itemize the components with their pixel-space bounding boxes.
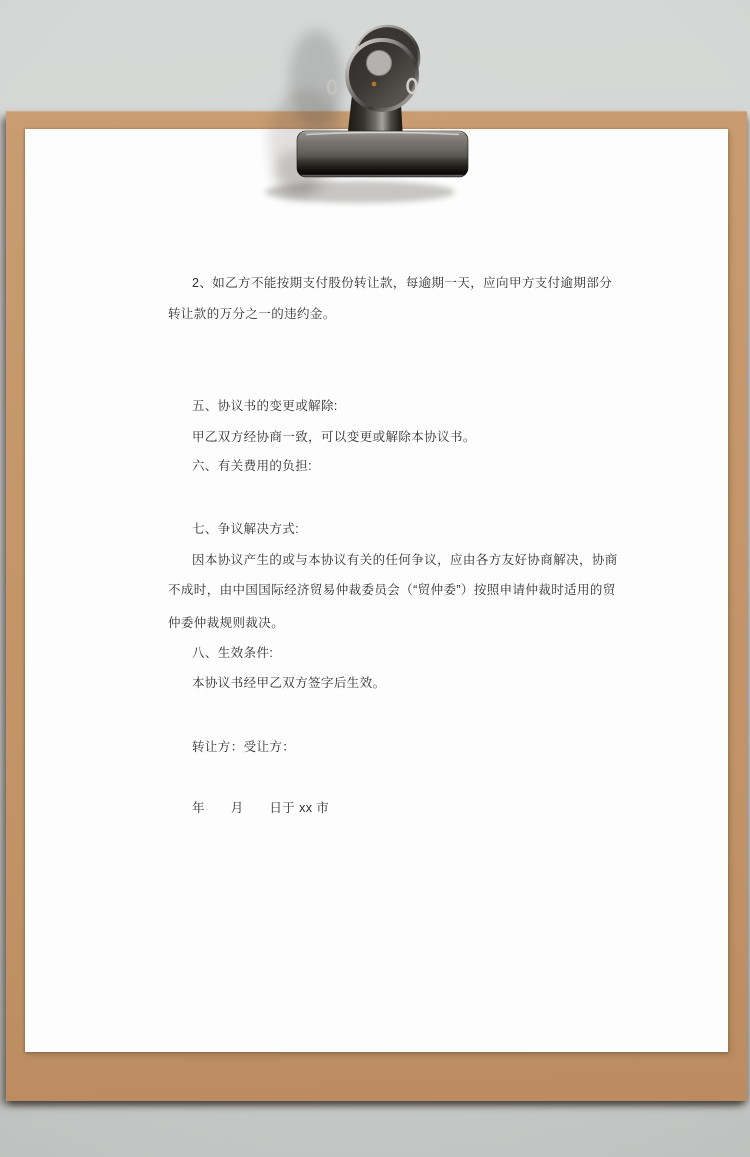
clip-jaw-body bbox=[297, 131, 468, 177]
doc-line: 本协议书经甲乙双方签字后生效。 bbox=[192, 674, 386, 692]
doc-line: 仲委仲裁规则裁决。 bbox=[168, 614, 284, 632]
doc-line: 不成时，由中国国际经济贸易仲裁委员会（“贸仲委”）按照申请仲裁时适用的贸 bbox=[168, 581, 616, 599]
doc-signature-line: 转让方：受让方： bbox=[192, 738, 295, 756]
doc-line: 因本协议产生的或与本协议有关的任何争议，应由各方友好协商解决，协商 bbox=[192, 551, 618, 569]
clip-accent-dot bbox=[372, 82, 377, 87]
document-paper: 2、如乙方不能按期支付股份转让款，每逾期一天，应向甲方支付逾期部分 转让款的万分… bbox=[25, 129, 728, 1052]
doc-date-line: 年 月 日于 xx 市 bbox=[192, 799, 329, 817]
scene: 2、如乙方不能按期支付股份转让款，每逾期一天，应向甲方支付逾期部分 转让款的万分… bbox=[0, 0, 750, 1157]
bulldog-clip-icon bbox=[260, 8, 520, 218]
doc-line: 甲乙双方经协商一致，可以变更或解除本协议书。 bbox=[192, 428, 476, 446]
doc-section-heading: 八、生效条件: bbox=[192, 644, 273, 662]
clip-knob-hole bbox=[367, 51, 392, 76]
doc-section-heading: 七、争议解决方式: bbox=[192, 520, 299, 538]
doc-line: 2、如乙方不能按期支付股份转让款，每逾期一天，应向甲方支付逾期部分 bbox=[192, 274, 612, 292]
doc-section-heading: 六、有关费用的负担: bbox=[192, 457, 312, 475]
doc-line: 转让款的万分之一的违约金。 bbox=[168, 305, 336, 323]
doc-section-heading: 五、协议书的变更或解除: bbox=[192, 397, 338, 415]
